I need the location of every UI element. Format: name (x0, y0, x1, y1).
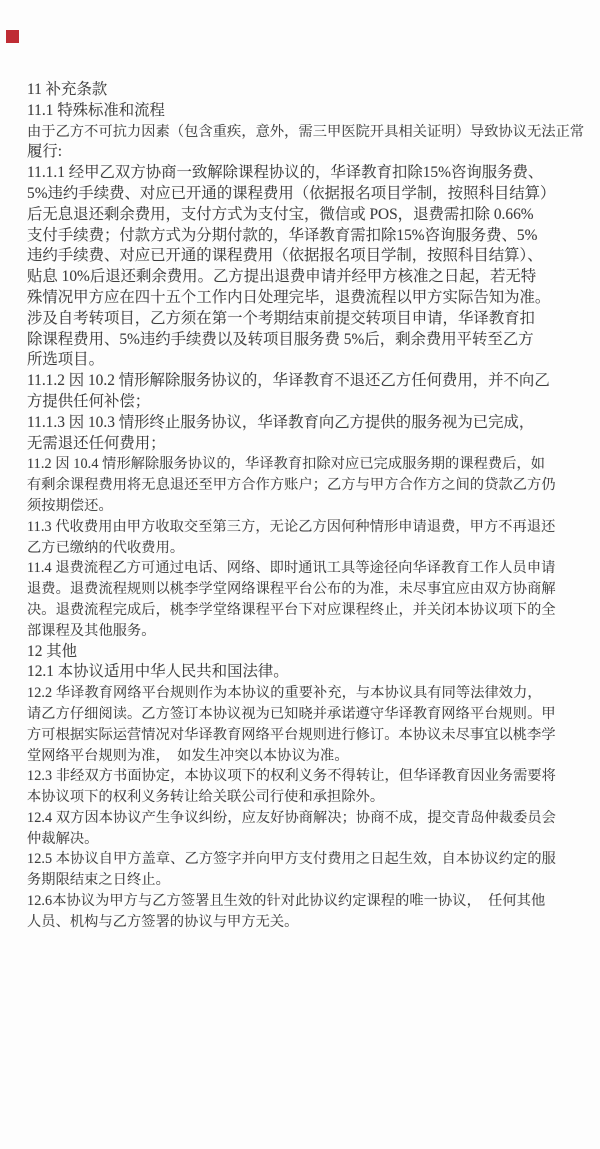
text-line: 11.1.3 因 10.3 情形终止服务协议，华译教育向乙方提供的服务视为已完成… (27, 413, 583, 434)
text-line: 11.4 退费流程乙方可通过电话、网络、即时通讯工具等途径向华译教育工作人员申请 (27, 558, 583, 579)
text-line: 11.1 特殊标准和流程 (27, 101, 583, 122)
text-line: 违约手续费、对应已开通的课程费用（依据报名项目学制，按照科目结算）、 (27, 246, 583, 267)
text-line: 12.4 双方因本协议产生争议纠纷，应友好协商解决；协商不成，提交青岛仲裁委员会 (27, 808, 583, 829)
text-line: 12.5 本协议自甲方盖章、乙方签字并向甲方支付费用之日起生效，自本协议约定的服 (27, 849, 583, 870)
text-line: 5%违约手续费、对应已开通的课程费用（依据报名项目学制，按照科目结算） (27, 184, 583, 205)
text-line: 11 补充条款 (27, 80, 583, 101)
text-line: 有剩余课程费用将无息退还至甲方合作方账户；乙方与甲方合作方之间的贷款乙方仍 (27, 475, 583, 496)
text-line: 11.1.2 因 10.2 情形解除服务协议的，华译教育不退还乙方任何费用，并不… (27, 371, 583, 392)
text-line: 12 其他 (27, 642, 583, 663)
text-line: 12.6本协议为甲方与乙方签署且生效的针对此协议约定课程的唯一协议， 任何其他 (27, 891, 583, 912)
text-line: 务期限结束之日终止。 (27, 870, 583, 891)
text-line: 11.3 代收费用由甲方收取交至第三方，无论乙方因何种情形申请退费，甲方不再退还 (27, 517, 583, 538)
text-line: 后无息退还剩余费用，支付方式为支付宝，微信或 POS，退费需扣除 0.66% (27, 205, 583, 226)
text-line: 乙方已缴纳的代收费用。 (27, 538, 583, 559)
text-line: 须按期偿还。 (27, 496, 583, 517)
text-line: 殊情况甲方应在四十五个工作内日处理完毕，退费流程以甲方实际告知为准。 (27, 288, 583, 309)
text-line: 履行: (27, 142, 583, 163)
text-line: 12.2 华译教育网络平台规则作为本协议的重要补充，与本协议具有同等法律效力， (27, 683, 583, 704)
document-page: 11 补充条款11.1 特殊标准和流程由于乙方不可抗力因素（包含重疾，意外，需三… (0, 0, 600, 1149)
text-line: 堂网络平台规则为准， 如发生冲突以本协议为准。 (27, 746, 583, 767)
text-line: 11.2 因 10.4 情形解除服务协议的，华译教育扣除对应已完成服务期的课程费… (27, 454, 583, 475)
text-line: 无需退还任何费用； (27, 434, 583, 455)
text-line: 决。退费流程完成后，桃李学堂络课程平台下对应课程终止，并关闭本协议项下的全 (27, 600, 583, 621)
document-body: 11 补充条款11.1 特殊标准和流程由于乙方不可抗力因素（包含重疾，意外，需三… (27, 80, 583, 933)
text-line: 涉及自考转项目，乙方须在第一个考期结束前提交转项目申请，华译教育扣 (27, 309, 583, 330)
text-line: 退费。退费流程规则以桃李学堂网络课程平台公布的为准，未尽事宜应由双方协商解 (27, 579, 583, 600)
text-line: 本协议项下的权利义务转让给关联公司行使和承担除外。 (27, 787, 583, 808)
text-line: 11.1.1 经甲乙双方协商一致解除课程协议的，华译教育扣除15%咨询服务费、 (27, 163, 583, 184)
text-line: 除课程费用、5%违约手续费以及转项目服务费 5%后，剩余费用平转至乙方 (27, 330, 583, 351)
text-line: 方提供任何补偿； (27, 392, 583, 413)
text-line: 请乙方仔细阅读。乙方签订本协议视为已知晓并承诺遵守华译教育网络平台规则。甲 (27, 704, 583, 725)
text-line: 所选项目。 (27, 350, 583, 371)
text-line: 12.3 非经双方书面协定，本协议项下的权利义务不得转让，但华译教育因业务需要将 (27, 766, 583, 787)
text-line: 部课程及其他服务。 (27, 621, 583, 642)
text-line: 人员、机构与乙方签署的协议与甲方无关。 (27, 912, 583, 933)
text-line: 由于乙方不可抗力因素（包含重疾，意外，需三甲医院开具相关证明）导致协议无法正常 (27, 122, 583, 143)
text-line: 方可根据实际运营情况对华译教育网络平台规则进行修订。本协议未尽事宜以桃李学 (27, 725, 583, 746)
text-line: 12.1 本协议适用中华人民共和国法律。 (27, 662, 583, 683)
text-line: 支付手续费；付款方式为分期付款的，华译教育需扣除15%咨询服务费、5% (27, 226, 583, 247)
text-line: 仲裁解决。 (27, 829, 583, 850)
red-marker (6, 30, 19, 43)
text-line: 贴息 10%后退还剩余费用。乙方提出退费申请并经甲方核准之日起，若无特 (27, 267, 583, 288)
